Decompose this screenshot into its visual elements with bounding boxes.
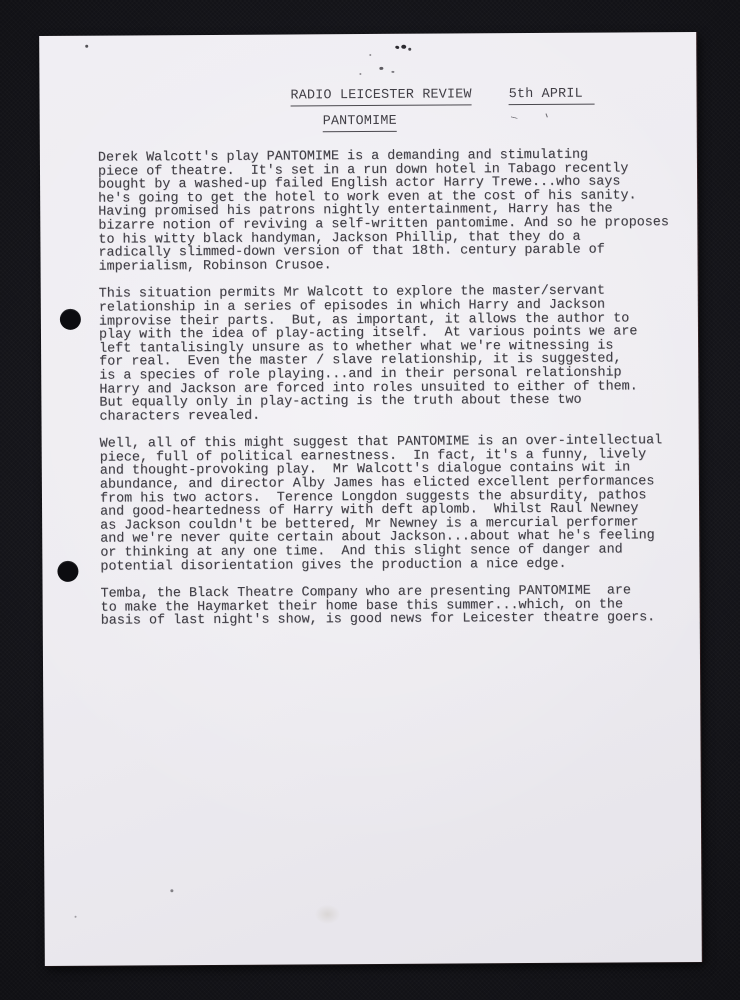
hole-punch-bottom <box>57 561 78 582</box>
document-page: RADIO LEICESTER REVIEW 5th APRIL PANTOMI… <box>39 32 702 966</box>
document-header: RADIO LEICESTER REVIEW 5th APRIL <box>290 87 594 107</box>
ink-smudge <box>359 73 361 75</box>
ink-smudge <box>408 48 411 51</box>
dust-speck <box>170 889 173 892</box>
ink-smudge <box>369 54 371 56</box>
document-date: 5th APRIL <box>509 87 595 106</box>
ink-smudge <box>379 67 383 70</box>
dust-speck <box>75 916 77 918</box>
review-body: Derek Walcott's play PANTOMIME is a dema… <box>98 148 686 643</box>
ink-smudge <box>391 71 394 73</box>
ink-smudge <box>401 45 406 49</box>
paragraph-3: Well, all of this might suggest that PAN… <box>100 434 686 574</box>
pen-mark <box>511 116 518 119</box>
hole-punch-top <box>60 309 81 330</box>
scan-background: RADIO LEICESTER REVIEW 5th APRIL PANTOMI… <box>0 0 740 1000</box>
dust-speck <box>85 45 88 48</box>
ink-smudge <box>395 45 400 49</box>
document-subtitle: PANTOMIME <box>323 114 397 132</box>
paragraph-1: Derek Walcott's play PANTOMIME is a dema… <box>98 148 684 274</box>
paragraph-2: This situation permits Mr Walcott to exp… <box>99 284 685 424</box>
paper-stain <box>314 904 340 924</box>
document-title: RADIO LEICESTER REVIEW <box>290 87 471 106</box>
paragraph-4: Temba, the Black Theatre Company who are… <box>101 584 686 628</box>
pen-mark <box>545 113 547 117</box>
